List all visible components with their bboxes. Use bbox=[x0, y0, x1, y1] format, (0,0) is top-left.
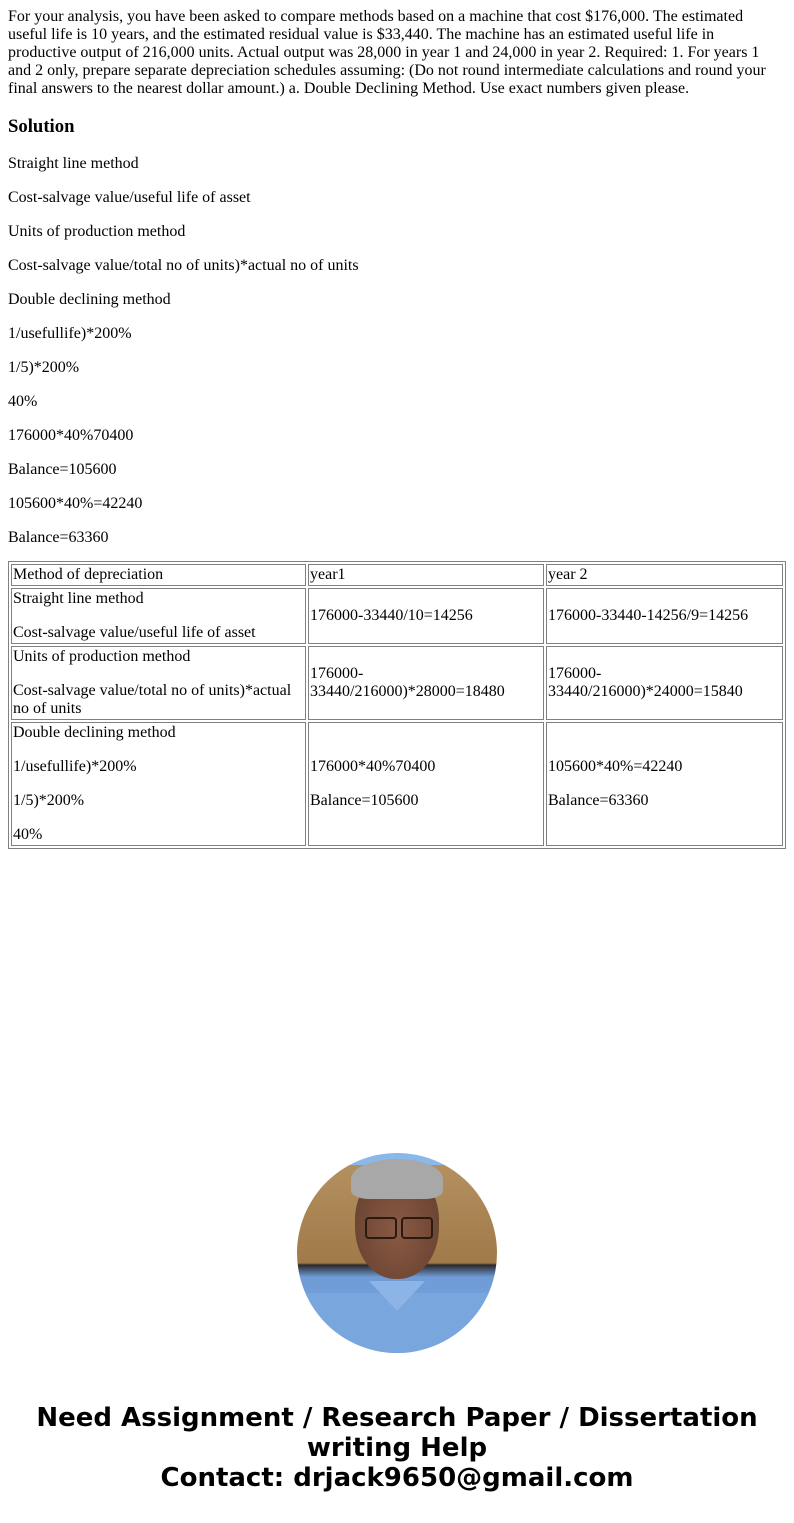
solution-heading: Solution bbox=[8, 116, 786, 137]
question-text: For your analysis, you have been asked t… bbox=[8, 8, 786, 98]
method-name: Units of production method bbox=[13, 648, 304, 666]
method-formula: Cost-salvage value/useful life of asset bbox=[13, 624, 304, 642]
header-year1: year1 bbox=[308, 564, 544, 586]
method-formula: 1/usefullife)*200% bbox=[13, 758, 304, 776]
table-header-row: Method of depreciation year1 year 2 bbox=[11, 564, 783, 586]
promo-line-2: writing Help bbox=[0, 1433, 794, 1463]
solution-line: Balance=105600 bbox=[8, 461, 786, 479]
header-method: Method of depreciation bbox=[11, 564, 306, 586]
promo-banner: Need Assignment / Research Paper / Disse… bbox=[0, 1403, 794, 1493]
solution-line: 1/usefullife)*200% bbox=[8, 325, 786, 343]
year1-cell: 176000-33440/10=14256 bbox=[308, 588, 544, 644]
table-row: Straight line method Cost-salvage value/… bbox=[11, 588, 783, 644]
glasses-icon bbox=[363, 1217, 433, 1237]
year2-value: 105600*40%=42240 bbox=[548, 758, 781, 776]
year2-value: 176000-33440-14256/9=14256 bbox=[548, 607, 781, 625]
year2-cell: 176000-33440-14256/9=14256 bbox=[546, 588, 783, 644]
table-row: Units of production method Cost-salvage … bbox=[11, 646, 783, 720]
solution-line: 1/5)*200% bbox=[8, 359, 786, 377]
solution-line: Double declining method bbox=[8, 291, 786, 309]
method-formula: Cost-salvage value/total no of units)*ac… bbox=[13, 682, 304, 718]
solution-line: Units of production method bbox=[8, 223, 786, 241]
year1-cell: 176000*40%70400 Balance=105600 bbox=[308, 722, 544, 846]
year1-balance: Balance=105600 bbox=[310, 792, 542, 810]
year1-cell: 176000-33440/216000)*28000=18480 bbox=[308, 646, 544, 720]
avatar-hair bbox=[351, 1159, 443, 1199]
year2-value: 176000-33440/216000)*24000=15840 bbox=[548, 665, 781, 701]
solution-line: 105600*40%=42240 bbox=[8, 495, 786, 513]
header-year2: year 2 bbox=[546, 564, 783, 586]
solution-lines: Straight line method Cost-salvage value/… bbox=[8, 155, 786, 547]
solution-line: Balance=63360 bbox=[8, 529, 786, 547]
year2-cell: 105600*40%=42240 Balance=63360 bbox=[546, 722, 783, 846]
year2-cell: 176000-33440/216000)*24000=15840 bbox=[546, 646, 783, 720]
depreciation-table: Method of depreciation year1 year 2 Stra… bbox=[8, 561, 786, 849]
solution-line: 40% bbox=[8, 393, 786, 411]
method-formula: 40% bbox=[13, 826, 304, 844]
solution-line: Straight line method bbox=[8, 155, 786, 173]
promo-line-1: Need Assignment / Research Paper / Disse… bbox=[0, 1403, 794, 1433]
year1-value: 176000*40%70400 bbox=[310, 758, 542, 776]
method-name: Double declining method bbox=[13, 724, 304, 742]
year2-balance: Balance=63360 bbox=[548, 792, 781, 810]
author-avatar bbox=[297, 1153, 497, 1353]
method-cell: Straight line method Cost-salvage value/… bbox=[11, 588, 306, 644]
solution-line: Cost-salvage value/useful life of asset bbox=[8, 189, 786, 207]
document-body: For your analysis, you have been asked t… bbox=[0, 0, 794, 849]
year1-value: 176000-33440/10=14256 bbox=[310, 607, 542, 625]
method-cell: Double declining method 1/usefullife)*20… bbox=[11, 722, 306, 846]
solution-line: 176000*40%70400 bbox=[8, 427, 786, 445]
year1-value: 176000-33440/216000)*28000=18480 bbox=[310, 665, 542, 701]
method-cell: Units of production method Cost-salvage … bbox=[11, 646, 306, 720]
method-name: Straight line method bbox=[13, 590, 304, 608]
method-formula: 1/5)*200% bbox=[13, 792, 304, 810]
promo-contact: Contact: drjack9650@gmail.com bbox=[0, 1463, 794, 1493]
table-row: Double declining method 1/usefullife)*20… bbox=[11, 722, 783, 846]
solution-line: Cost-salvage value/total no of units)*ac… bbox=[8, 257, 786, 275]
